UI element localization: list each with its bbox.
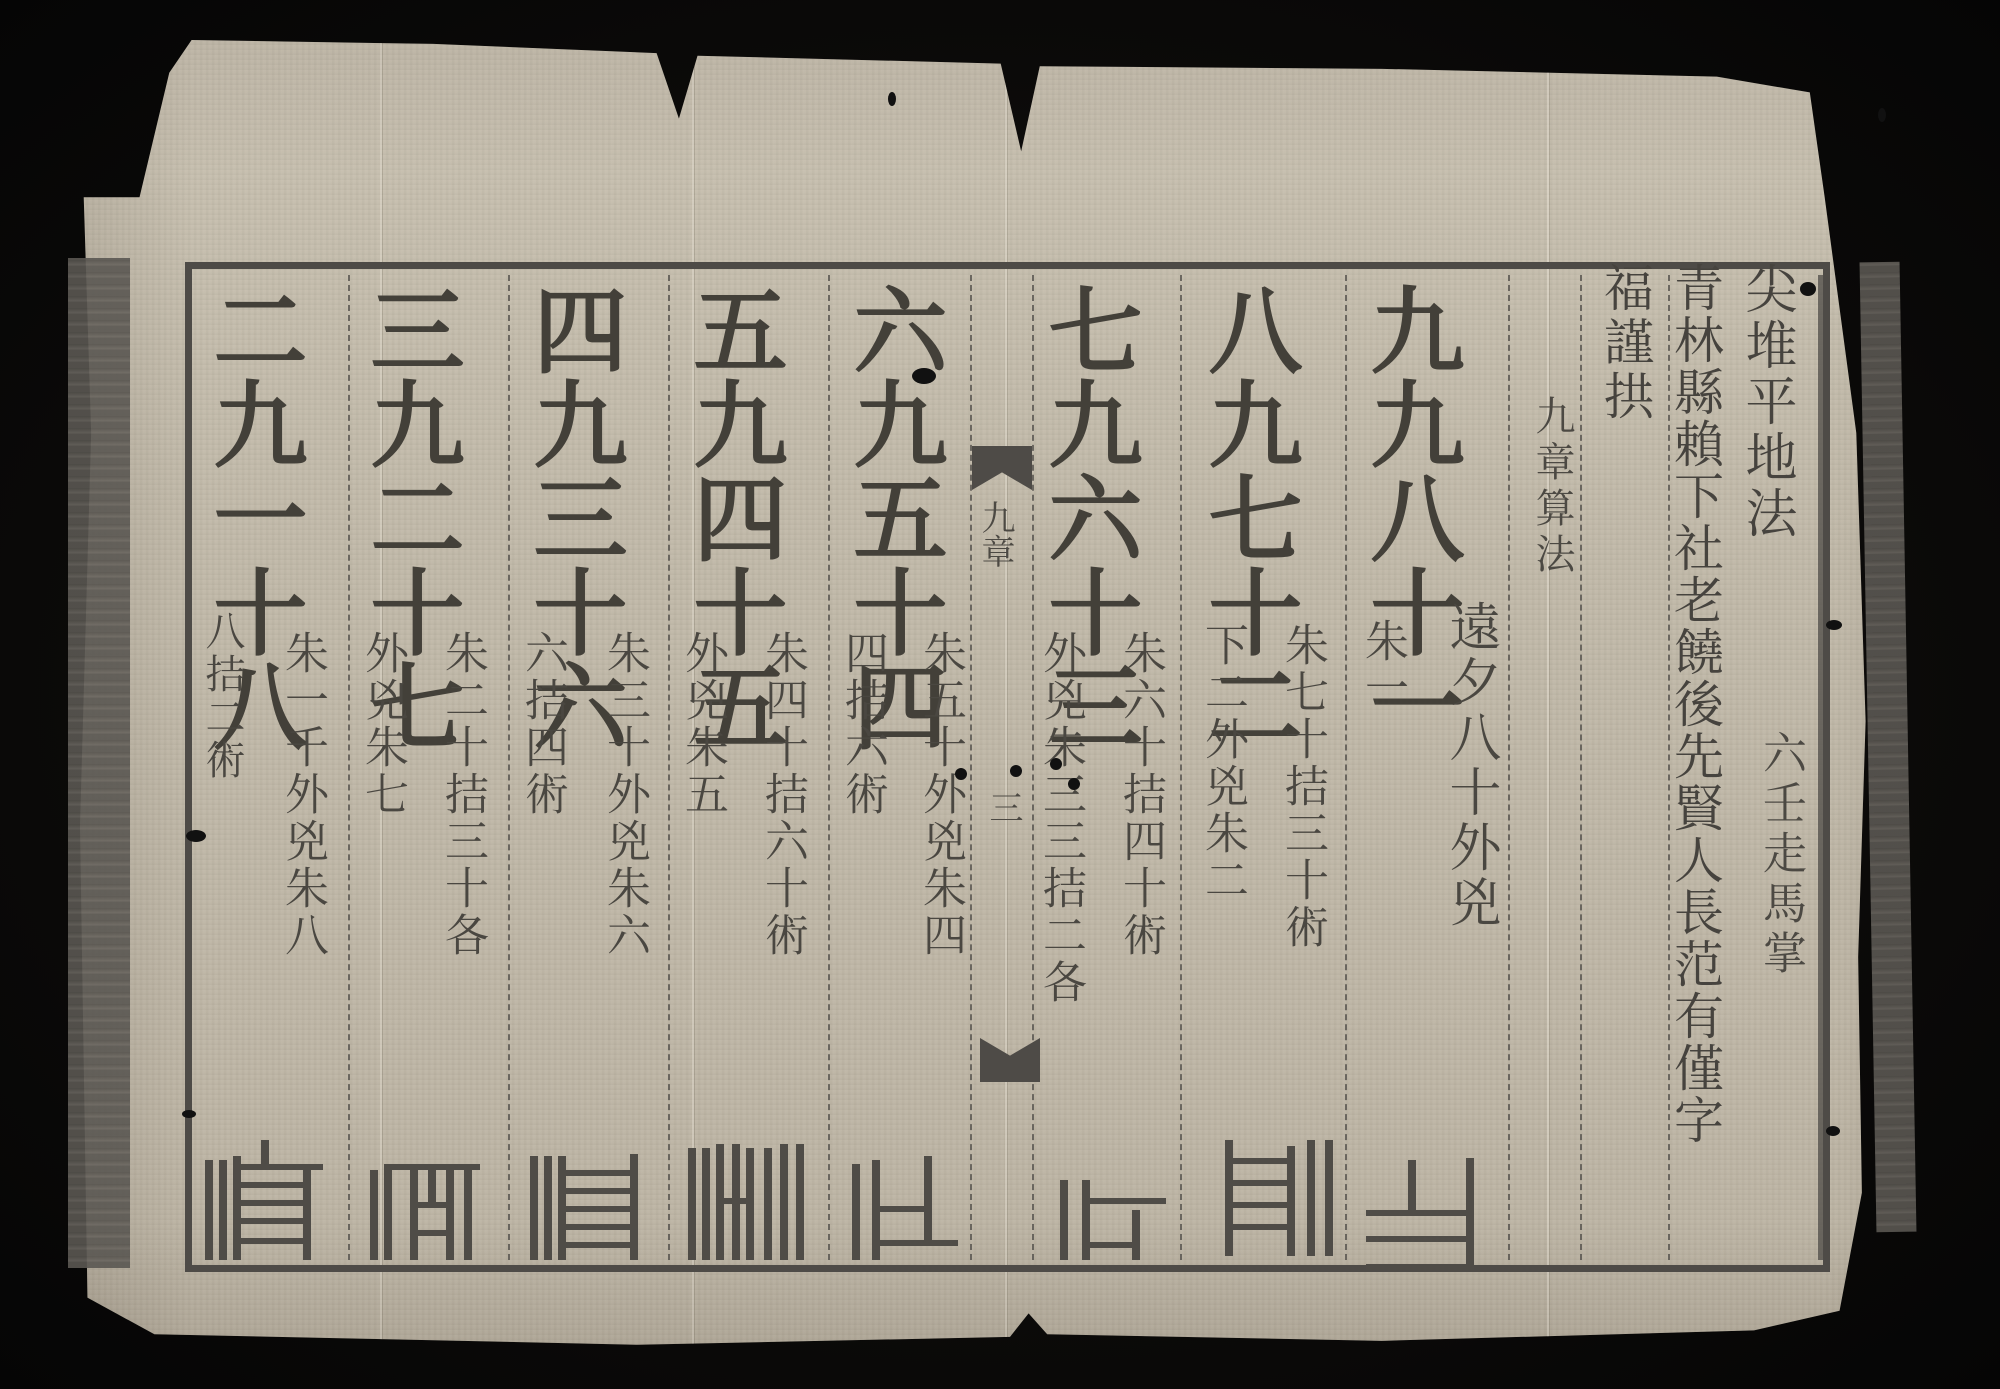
wormhole (182, 1110, 196, 1118)
column-rule (1180, 275, 1182, 1260)
right-edge-bar (1860, 262, 1917, 1233)
wormhole (912, 368, 936, 384)
column-note: 外兇朱五 (680, 630, 724, 818)
page-number: 三 (986, 790, 1020, 824)
column-rule (1345, 275, 1347, 1260)
column-note: 朱四十拮六十術 (760, 630, 804, 959)
colophon-line-1: 青林縣賴下社老饒後先賢人長范有僅字 (1670, 262, 1720, 1146)
rod-numeral-18 (205, 1140, 335, 1260)
column-note: 朱三十外兇朱六 (602, 630, 646, 959)
column-note: 朱二十拮三十各 (440, 630, 484, 959)
column-note: 朱五十外兇朱四 (918, 630, 962, 959)
rod-numeral-54 (852, 1140, 962, 1260)
rod-numeral-45 (688, 1140, 818, 1260)
column-note: 外兇朱三三拮二各 (1038, 630, 1082, 1006)
wormhole (186, 830, 206, 842)
header-note: 六壬走馬掌 (1758, 730, 1802, 980)
wormhole (1010, 765, 1022, 777)
method-title-column: 九章算法 (1532, 395, 1572, 579)
column-note: 朱七十拮三十術 (1280, 622, 1324, 951)
center-fold-page-column: 三 (986, 790, 1020, 824)
center-fold-title-column: 九章 (978, 500, 1012, 568)
column-note: 六拮四術 (520, 630, 564, 818)
column-note: 朱一千外兇朱八 (280, 630, 324, 959)
column-rule (508, 275, 510, 1260)
column-rule (828, 275, 830, 1260)
wormhole (1826, 620, 1842, 630)
column-note: 外兇朱七 (360, 630, 404, 818)
colophon-line-2: 福謹拱 (1600, 262, 1650, 424)
center-fold-title: 九章 (978, 500, 1012, 568)
colophon-line-1-column: 青林縣賴下社老饒後先賢人長范有僅字 (1670, 262, 1720, 1146)
wormhole (1800, 282, 1816, 296)
left-edge-bar (68, 258, 130, 1268)
rod-numeral-72 (1225, 1140, 1345, 1260)
wormhole (888, 92, 896, 106)
column-rule (348, 275, 350, 1260)
column-note: 朱六十拮四十術 (1118, 630, 1162, 959)
colophon-line-2-column: 福謹拱 (1600, 262, 1650, 424)
column-note: 遠夕八十外兇 (1444, 600, 1496, 930)
column-rule (1508, 275, 1510, 1260)
column-note: 八拮二術 (202, 610, 242, 782)
note-column: 六壬走馬掌 (1758, 730, 1802, 980)
column-note: 朱一 (1360, 618, 1404, 712)
rod-numeral-63 (1060, 1140, 1170, 1260)
wormhole (955, 768, 967, 780)
wormhole (1878, 108, 1886, 122)
column-rule (970, 275, 972, 1260)
column-rule (1580, 275, 1582, 1260)
rod-numeral-27 (370, 1140, 490, 1260)
rod-numeral-36 (530, 1140, 650, 1260)
wormhole (1050, 758, 1062, 770)
section-title: 尖堆平地法 (1740, 262, 1792, 542)
frame-right-rule (1818, 275, 1823, 1260)
column-note: 下二外兇朱二 (1200, 622, 1244, 904)
rod-numeral-81 (1366, 1140, 1476, 1260)
wormhole (1068, 778, 1080, 790)
column-rule (668, 275, 670, 1260)
section-title-column: 尖堆平地法 (1740, 262, 1792, 542)
method-title: 九章算法 (1532, 395, 1572, 579)
column-note: 四拮六術 (840, 630, 884, 818)
wormhole (1826, 1126, 1840, 1136)
scan-stage: 尖堆平地法 六壬走馬掌 青林縣賴下社老饒後先賢人長范有僅字 福謹拱 九章算法 九… (0, 0, 2000, 1389)
